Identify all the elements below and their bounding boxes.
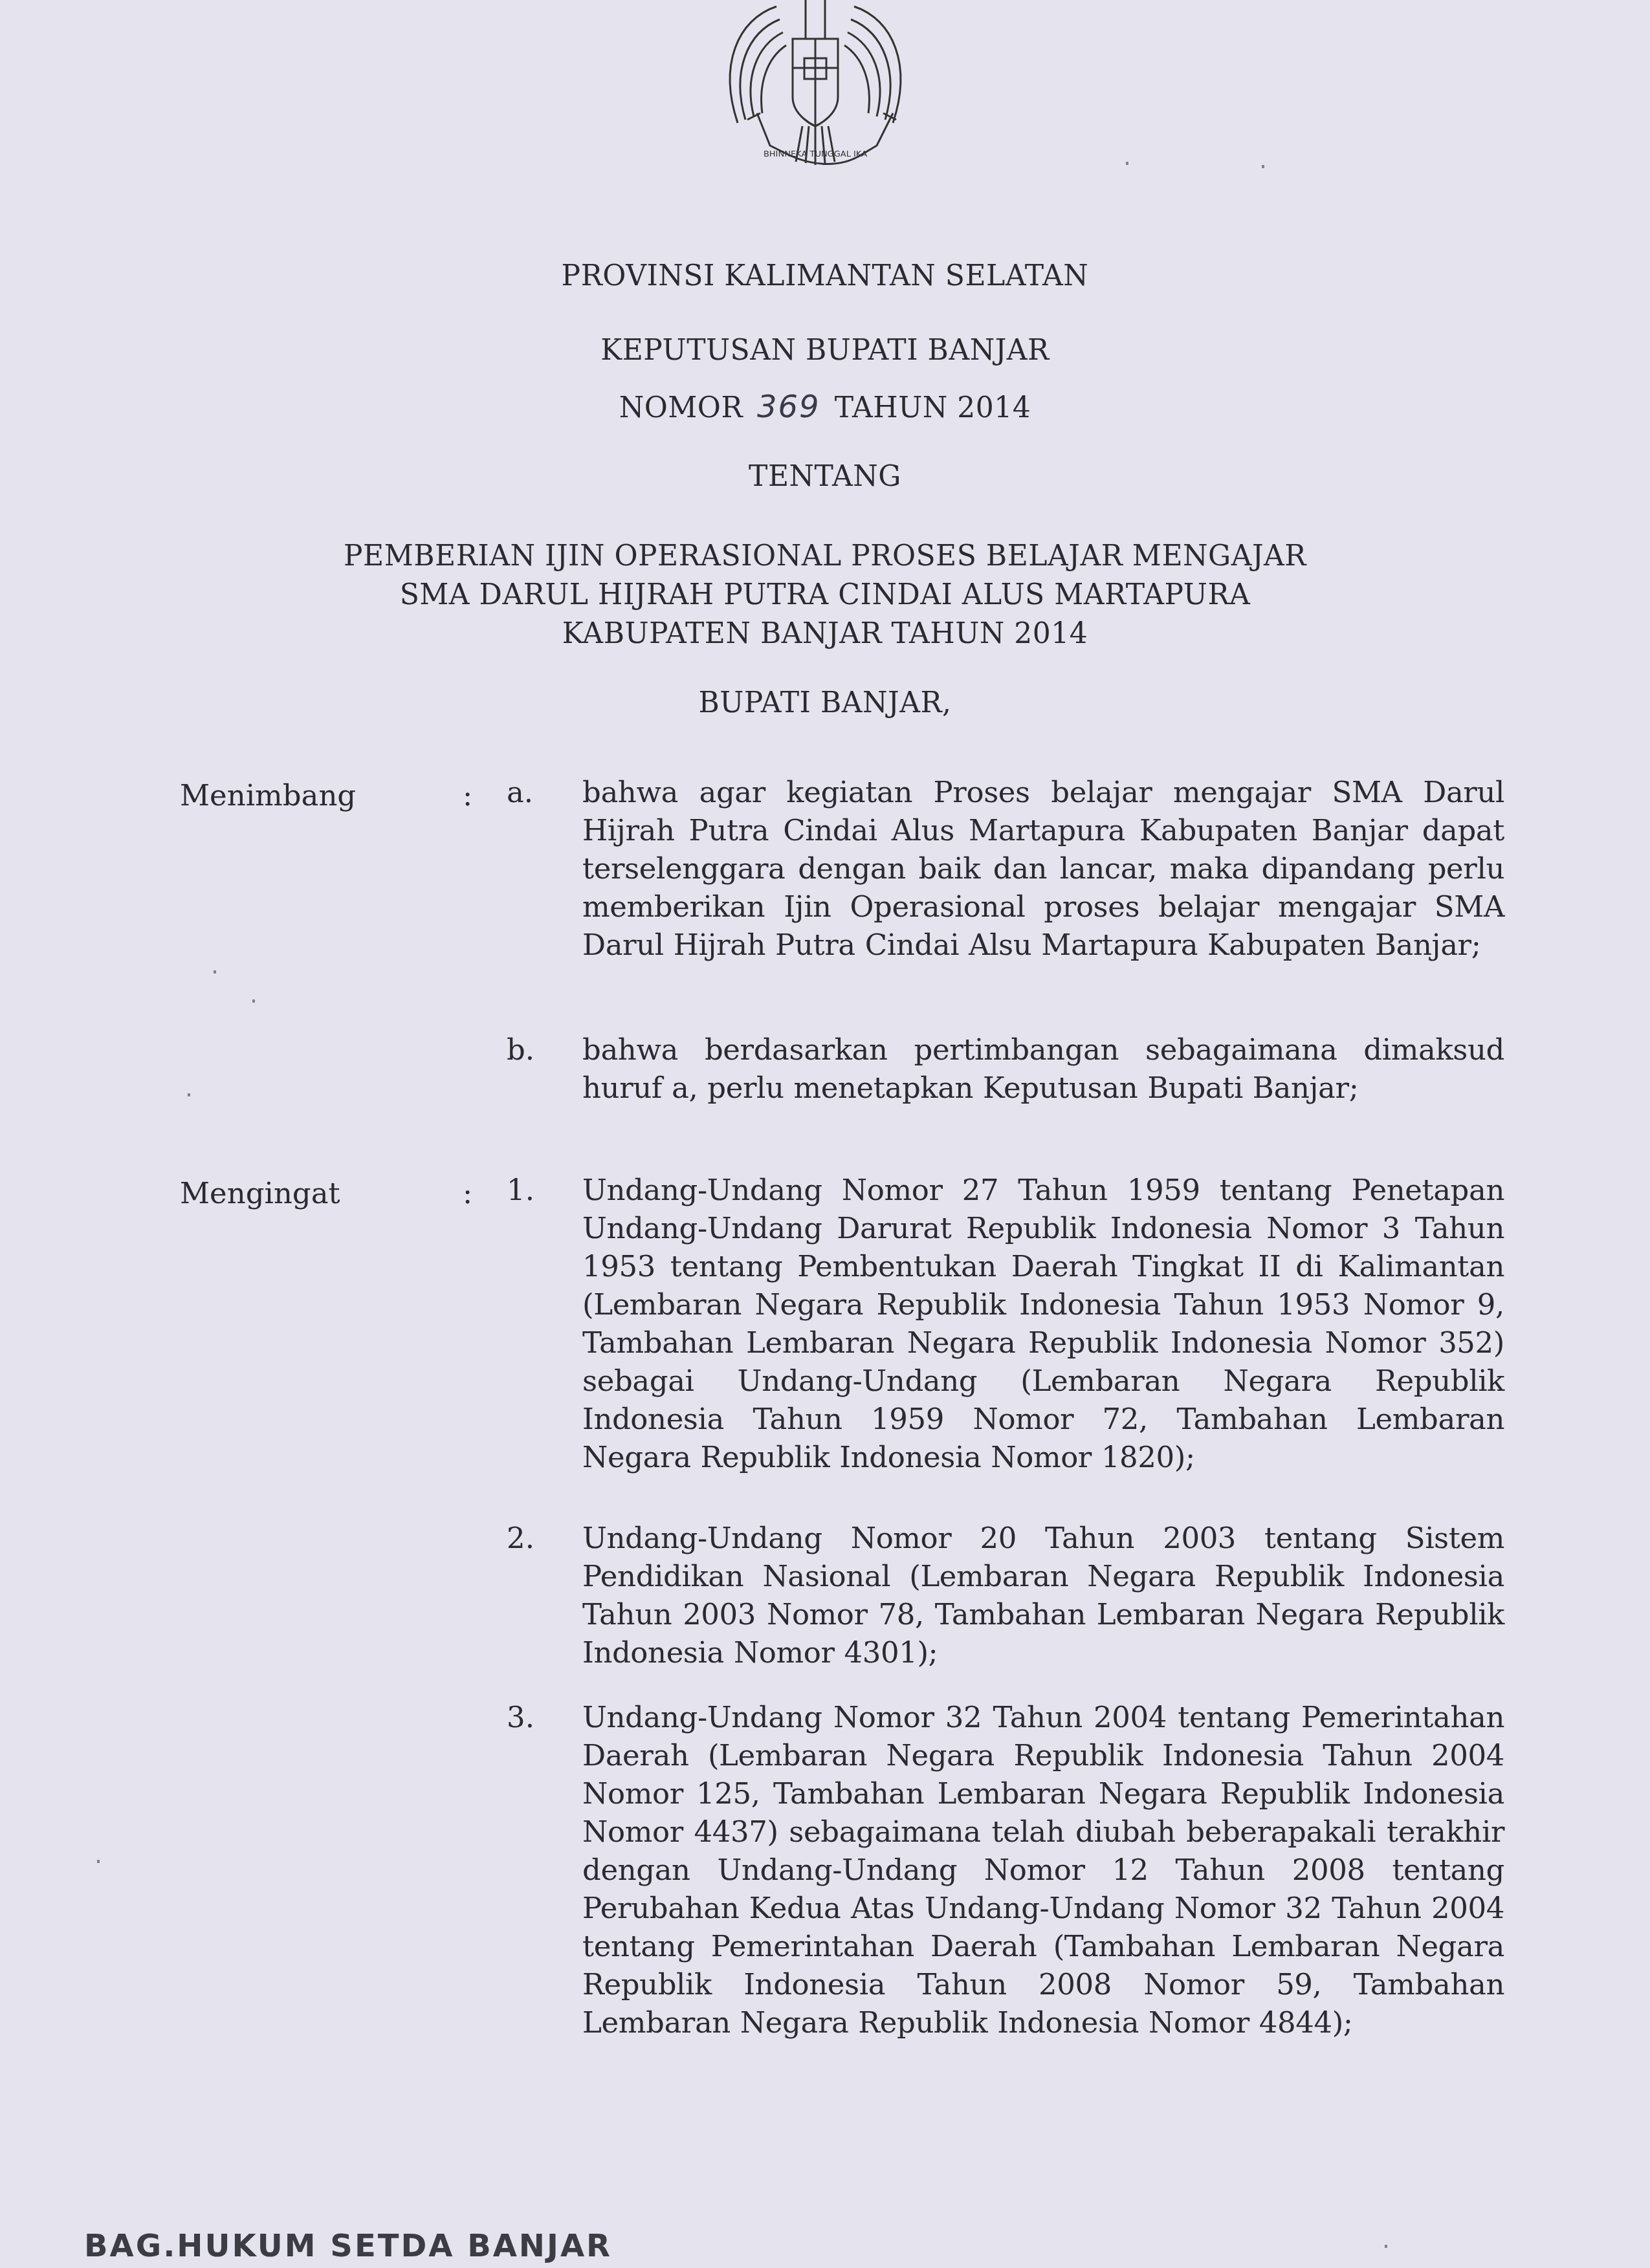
scan-speck xyxy=(214,970,216,974)
title-line: SMA DARUL HIJRAH PUTRA CINDAI ALUS MARTA… xyxy=(0,576,1650,615)
clause-marker: b. xyxy=(507,1030,534,1069)
number-year: TAHUN 2014 xyxy=(835,391,1031,424)
title-line: PEMBERIAN IJIN OPERASIONAL PROSES BELAJA… xyxy=(0,537,1650,576)
handwritten-number: 369 xyxy=(757,389,820,425)
clause-marker: a. xyxy=(507,773,533,811)
document-page: BHINNEKA TUNGGAL IKA PROVINSI KALIMANTAN… xyxy=(0,0,1650,2268)
decree-heading: KEPUTUSAN BUPATI BANJAR xyxy=(0,336,1650,365)
scan-speck xyxy=(1126,162,1128,165)
about-heading: TENTANG xyxy=(0,463,1650,491)
clause-text: bahwa berdasarkan pertimbangan sebagaima… xyxy=(582,1030,1504,1107)
clause-text: Undang-Undang Nomor 20 Tahun 2003 tentan… xyxy=(582,1519,1504,1672)
scan-speck xyxy=(252,999,255,1003)
clause-marker: 2. xyxy=(507,1519,534,1557)
section-colon: : xyxy=(463,1179,472,1208)
legal-department-stamp: BAG.HUKUM SETDA BANJAR xyxy=(84,2230,612,2262)
title-line: KABUPATEN BANJAR TAHUN 2014 xyxy=(0,615,1650,653)
province-heading: PROVINSI KALIMANTAN SELATAN xyxy=(0,262,1650,290)
clause-text: Undang-Undang Nomor 32 Tahun 2004 tentan… xyxy=(582,1698,1504,2042)
clause-text: bahwa agar kegiatan Proses belajar menga… xyxy=(582,773,1504,964)
clause-marker: 1. xyxy=(507,1171,534,1209)
section-label: Menimbang xyxy=(180,781,356,810)
decree-number: NOMOR369TAHUN 2014 xyxy=(0,391,1650,422)
section-label: Mengingat xyxy=(180,1179,340,1208)
scan-speck xyxy=(188,1093,190,1096)
clause-text: Undang-Undang Nomor 27 Tahun 1959 tentan… xyxy=(582,1171,1504,1476)
scan-speck xyxy=(1385,2245,1387,2248)
decree-title: PEMBERIAN IJIN OPERASIONAL PROSES BELAJA… xyxy=(0,537,1650,653)
scan-speck xyxy=(97,1860,100,1863)
issuer-heading: BUPATI BANJAR, xyxy=(0,689,1650,717)
garuda-pancasila-emblem-icon: BHINNEKA TUNGGAL IKA xyxy=(699,0,932,194)
section-colon: : xyxy=(463,781,472,810)
clause-marker: 3. xyxy=(507,1698,534,1736)
scan-speck xyxy=(1262,165,1264,168)
emblem-motto: BHINNEKA TUNGGAL IKA xyxy=(764,149,867,159)
number-prefix: NOMOR xyxy=(619,391,743,424)
